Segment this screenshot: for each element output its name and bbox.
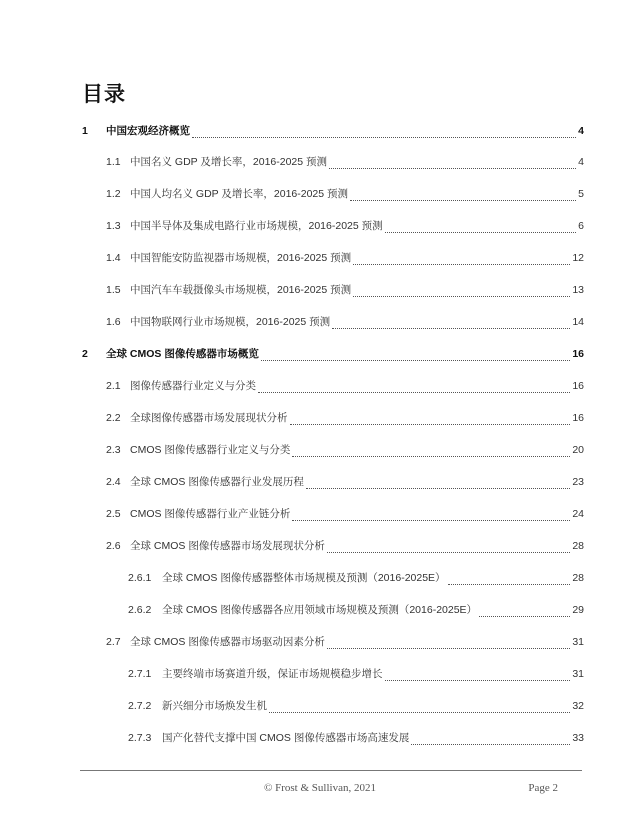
toc-entry-page: 20 — [572, 444, 584, 456]
toc-entry[interactable]: 1 中国宏观经济概览 4 — [82, 123, 584, 139]
dot-leader — [385, 671, 571, 681]
toc-entry[interactable]: 2.6.1 全球 CMOS 图像传感器整体市场规模及预测（2016-2025E）… — [128, 570, 584, 586]
toc-entry-title: 全球 CMOS 图像传感器市场概览 — [106, 346, 259, 361]
toc-entry-title: 中国半导体及集成电路行业市场规模，2016-2025 预测 — [130, 218, 383, 233]
toc-entry-page: 31 — [572, 668, 584, 680]
dot-leader — [292, 511, 570, 521]
toc-entry-title: 主要终端市场赛道升级，保证市场规模稳步增长 — [162, 666, 383, 681]
toc-entry[interactable]: 2 全球 CMOS 图像传感器市场概览 16 — [82, 346, 584, 362]
toc-entry-title: 全球图像传感器市场发展现状分析 — [130, 410, 288, 425]
footer-page-number: Page 2 — [528, 782, 558, 794]
dot-leader — [192, 128, 576, 138]
toc-entry-number: 1.6 — [106, 316, 130, 328]
toc-entry[interactable]: 1.3 中国半导体及集成电路行业市场规模，2016-2025 预测 6 — [106, 218, 584, 234]
toc-entry[interactable]: 2.7.3 国产化替代支撑中国 CMOS 图像传感器市场高速发展 33 — [128, 730, 584, 746]
dot-leader — [306, 479, 570, 489]
toc-entry[interactable]: 2.7.2 新兴细分市场焕发生机 32 — [128, 698, 584, 714]
toc-entry-title: 全球 CMOS 图像传感器市场发展现状分析 — [130, 538, 325, 553]
toc-entry-title: 图像传感器行业定义与分类 — [130, 378, 256, 393]
dot-leader — [411, 735, 570, 745]
toc-entry-number: 1.3 — [106, 220, 130, 232]
toc-entry-title: 全球 CMOS 图像传感器整体市场规模及预测（2016-2025E） — [162, 570, 446, 585]
toc-entry-page: 23 — [572, 476, 584, 488]
toc-entry-number: 1.5 — [106, 284, 130, 296]
toc-entry-number: 2.6.1 — [128, 572, 162, 584]
toc-entry-title: 新兴细分市场焕发生机 — [162, 698, 267, 713]
toc-entry-page: 4 — [578, 125, 584, 137]
toc-entry-title: 中国汽车车载摄像头市场规模，2016-2025 预测 — [130, 282, 351, 297]
dot-leader — [292, 447, 570, 457]
toc-entry-number: 1.4 — [106, 252, 130, 264]
toc-entry-title: 中国人均名义 GDP 及增长率，2016-2025 预测 — [130, 186, 348, 201]
dot-leader — [329, 159, 576, 169]
toc-entry-number: 1.1 — [106, 156, 130, 168]
toc-entry[interactable]: 2.1 图像传感器行业定义与分类 16 — [106, 378, 584, 394]
toc-entry-title: 全球 CMOS 图像传感器行业发展历程 — [130, 474, 304, 489]
toc-entry[interactable]: 2.3 CMOS 图像传感器行业定义与分类 20 — [106, 442, 584, 458]
toc-entry-page: 28 — [572, 572, 584, 584]
toc-entry[interactable]: 1.1 中国名义 GDP 及增长率，2016-2025 预测 4 — [106, 154, 584, 170]
footer-divider — [80, 770, 582, 771]
toc-entry-page: 5 — [578, 188, 584, 200]
toc-entry-number: 1.2 — [106, 188, 130, 200]
toc-entry-title: 中国智能安防监视器市场规模，2016-2025 预测 — [130, 250, 351, 265]
toc-entry[interactable]: 2.5 CMOS 图像传感器行业产业链分析 24 — [106, 506, 584, 522]
toc-entry-page: 4 — [578, 156, 584, 168]
dot-leader — [258, 383, 570, 393]
toc-entry-page: 24 — [572, 508, 584, 520]
toc-entry[interactable]: 1.5 中国汽车车载摄像头市场规模，2016-2025 预测 13 — [106, 282, 584, 298]
toc-entry-title: 中国物联网行业市场规模，2016-2025 预测 — [130, 314, 330, 329]
dot-leader — [332, 319, 570, 329]
dot-leader — [290, 415, 571, 425]
dot-leader — [448, 575, 571, 585]
toc-entry-title: CMOS 图像传感器行业产业链分析 — [130, 506, 290, 521]
toc-entry-number: 2.4 — [106, 476, 130, 488]
toc-entry-page: 32 — [572, 700, 584, 712]
toc-entry-page: 16 — [572, 348, 584, 360]
toc-entry-title: 全球 CMOS 图像传感器市场驱动因素分析 — [130, 634, 325, 649]
dot-leader — [269, 703, 570, 713]
toc-entry-page: 6 — [578, 220, 584, 232]
toc-title: 目录 — [82, 78, 126, 108]
dot-leader — [385, 223, 577, 233]
toc-entry-title: 国产化替代支撑中国 CMOS 图像传感器市场高速发展 — [162, 730, 409, 745]
toc-entry[interactable]: 1.4 中国智能安防监视器市场规模，2016-2025 预测 12 — [106, 250, 584, 266]
toc-entry-page: 14 — [572, 316, 584, 328]
toc-entry-number: 2.3 — [106, 444, 130, 456]
dot-leader — [327, 543, 570, 553]
toc-entry[interactable]: 2.2 全球图像传感器市场发展现状分析 16 — [106, 410, 584, 426]
dot-leader — [261, 351, 570, 361]
toc-entry-number: 2.7.2 — [128, 700, 162, 712]
toc-entry[interactable]: 1.2 中国人均名义 GDP 及增长率，2016-2025 预测 5 — [106, 186, 584, 202]
toc-entry-number: 1 — [82, 125, 106, 137]
toc-entry[interactable]: 2.6 全球 CMOS 图像传感器市场发展现状分析 28 — [106, 538, 584, 554]
toc-entry-title: 中国宏观经济概览 — [106, 123, 190, 138]
toc-entry-number: 2 — [82, 348, 106, 360]
toc-entry-number: 2.6 — [106, 540, 130, 552]
toc-entry[interactable]: 1.6 中国物联网行业市场规模，2016-2025 预测 14 — [106, 314, 584, 330]
toc-entry[interactable]: 2.4 全球 CMOS 图像传感器行业发展历程 23 — [106, 474, 584, 490]
toc-entry-title: 中国名义 GDP 及增长率，2016-2025 预测 — [130, 154, 327, 169]
toc-entry-title: 全球 CMOS 图像传感器各应用领域市场规模及预测（2016-2025E） — [162, 602, 477, 617]
toc-entry-page: 13 — [572, 284, 584, 296]
toc-entry-number: 2.6.2 — [128, 604, 162, 616]
toc-entry-number: 2.7 — [106, 636, 130, 648]
toc-entry-page: 29 — [572, 604, 584, 616]
toc-entry-number: 2.7.1 — [128, 668, 162, 680]
dot-leader — [353, 255, 570, 265]
dot-leader — [350, 191, 576, 201]
toc-entry-page: 31 — [572, 636, 584, 648]
toc-entry-page: 33 — [572, 732, 584, 744]
toc-entry-number: 2.2 — [106, 412, 130, 424]
dot-leader — [353, 287, 570, 297]
toc-entry[interactable]: 2.7 全球 CMOS 图像传感器市场驱动因素分析 31 — [106, 634, 584, 650]
toc-entry[interactable]: 2.7.1 主要终端市场赛道升级，保证市场规模稳步增长 31 — [128, 666, 584, 682]
toc-entry-page: 28 — [572, 540, 584, 552]
toc-entry-number: 2.1 — [106, 380, 130, 392]
toc-entry-title: CMOS 图像传感器行业定义与分类 — [130, 442, 290, 457]
toc-entry[interactable]: 2.6.2 全球 CMOS 图像传感器各应用领域市场规模及预测（2016-202… — [128, 602, 584, 618]
toc-entry-page: 16 — [572, 380, 584, 392]
toc-entry-number: 2.7.3 — [128, 732, 162, 744]
toc-entry-page: 12 — [572, 252, 584, 264]
dot-leader — [327, 639, 570, 649]
toc-entry-number: 2.5 — [106, 508, 130, 520]
toc-entry-page: 16 — [572, 412, 584, 424]
dot-leader — [479, 607, 570, 617]
